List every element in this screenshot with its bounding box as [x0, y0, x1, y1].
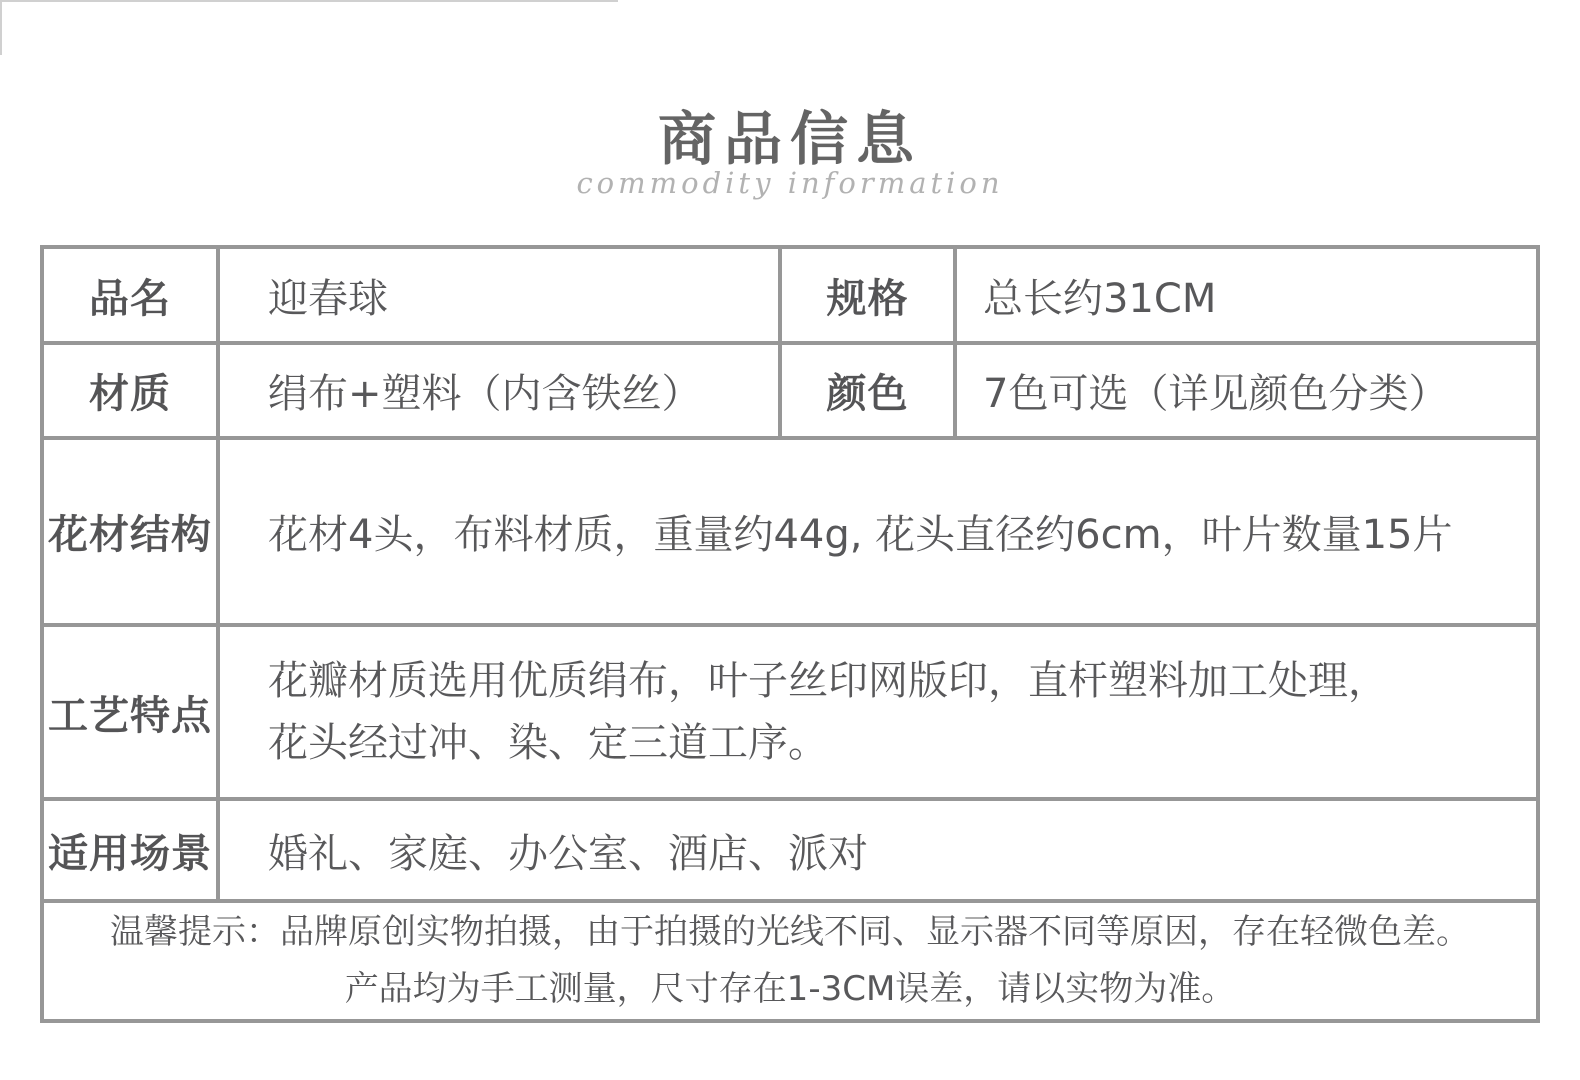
row2-label-color: 颜色 — [782, 345, 957, 440]
product-info-page: 商品信息 commodity information 品名 迎春球 规格 总长约… — [0, 0, 1580, 1080]
row1-value-product-name: 迎春球 — [220, 249, 782, 345]
row1-label-spec: 规格 — [782, 249, 957, 345]
row4-label-craft: 工艺特点 — [44, 627, 220, 801]
page-subtitle: commodity information — [0, 166, 1580, 200]
row4-value-craft: 花瓣材质选用优质绢布，叶子丝印网版印，直杆塑料加工处理， 花头经过冲、染、定三道… — [220, 627, 1536, 801]
row5-label-scene: 适用场景 — [44, 801, 220, 903]
craft-line-2: 花头经过冲、染、定三道工序。 — [268, 712, 828, 774]
product-info-table: 品名 迎春球 规格 总长约31CM 材质 绢布+塑料（内含铁丝） 颜色 7色可选… — [40, 245, 1540, 1023]
page-title: 商品信息 — [0, 92, 1580, 176]
row3-value-structure: 花材4头，布料材质，重量约44g, 花头直径约6cm，叶片数量15片 — [220, 440, 1536, 627]
row1-value-spec: 总长约31CM — [957, 249, 1536, 345]
notice-row: 温馨提示：品牌原创实物拍摄，由于拍摄的光线不同、显示器不同等原因，存在轻微色差。… — [44, 903, 1536, 1019]
row3-label-structure: 花材结构 — [44, 440, 220, 627]
row2-value-material: 绢布+塑料（内含铁丝） — [220, 345, 782, 440]
row1-label-product-name: 品名 — [44, 249, 220, 345]
notice-line-2: 产品均为手工测量，尺寸存在1-3CM误差，请以实物为准。 — [345, 961, 1236, 1018]
craft-line-1: 花瓣材质选用优质绢布，叶子丝印网版印，直杆塑料加工处理， — [268, 650, 1388, 712]
row2-value-color: 7色可选（详见颜色分类） — [957, 345, 1536, 440]
notice-line-1: 温馨提示：品牌原创实物拍摄，由于拍摄的光线不同、显示器不同等原因，存在轻微色差。 — [110, 904, 1470, 961]
row5-value-scene: 婚礼、家庭、办公室、酒店、派对 — [220, 801, 1536, 903]
decor-line-right-bottom — [0, 0, 618, 2]
row2-label-material: 材质 — [44, 345, 220, 440]
decor-line-right-vertical — [0, 0, 2, 54]
